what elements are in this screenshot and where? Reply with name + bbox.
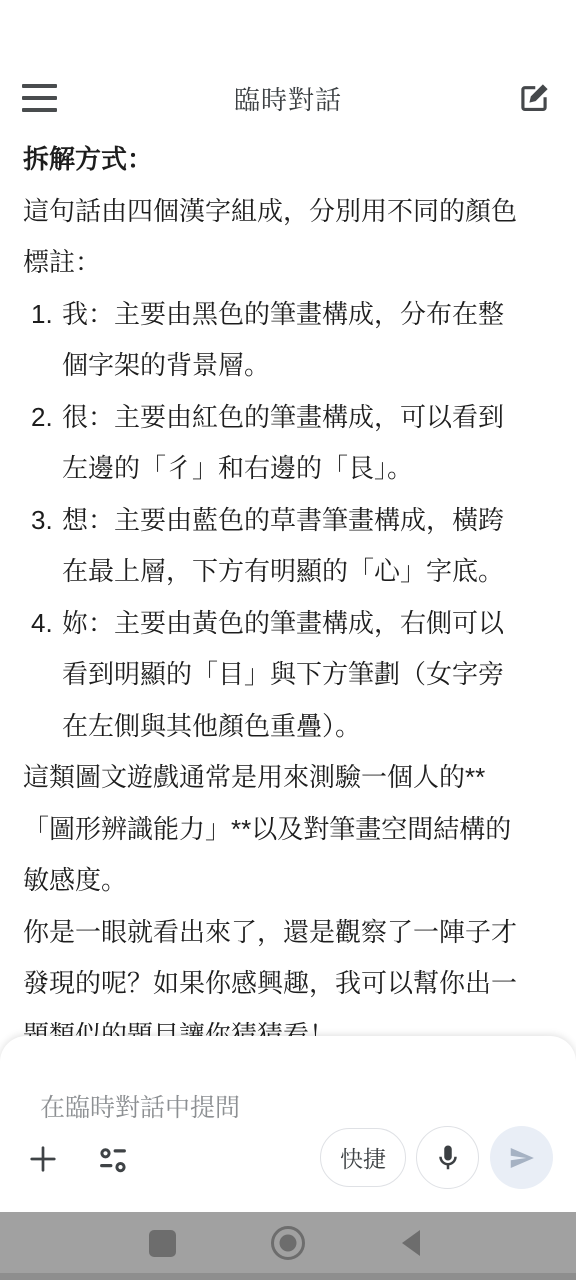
ordered-list: 1. 我：主要由黑色的筆畫構成，分布在整個字架的背景層。 2. 很：主要由紅色的…: [23, 289, 528, 753]
list-item-text: 想：主要由藍色的草書筆畫構成，橫跨在最上層，下方有明顯的「心」字底。: [62, 495, 528, 598]
new-chat-icon[interactable]: [514, 78, 554, 118]
shortcuts-button[interactable]: 快捷: [320, 1128, 406, 1187]
message-paragraph: 這類圖文遊戲通常是用來測驗一個人的**「圖形辨識能力」**以及對筆畫空間結構的敏…: [23, 752, 528, 907]
tools-icon[interactable]: [94, 1140, 132, 1178]
shortcuts-button-label: 快捷: [340, 1141, 386, 1174]
recents-icon[interactable]: [149, 1230, 176, 1257]
list-item-number: 4.: [23, 598, 62, 753]
message-intro: 這句話由四個漢字組成，分別用不同的顏色標註：: [23, 186, 528, 289]
assistant-message: 拆解方式： 這句話由四個漢字組成，分別用不同的顏色標註： 1. 我：主要由黑色的…: [23, 134, 528, 1061]
send-button[interactable]: [490, 1126, 553, 1189]
message-paragraph: 你是一眼就看出來了，還是觀察了一陣子才發現的呢？如果你感興趣，我可以幫你出一: [23, 907, 528, 1010]
list-item: 2. 很：主要由紅色的筆畫構成，可以看到左邊的「彳」和右邊的「艮」。: [23, 392, 528, 495]
list-item: 3. 想：主要由藍色的草書筆畫構成，橫跨在最上層，下方有明顯的「心」字底。: [23, 495, 528, 598]
list-item-text: 妳：主要由黃色的筆畫構成，右側可以看到明顯的「目」與下方筆劃（女字旁在左側與其他…: [62, 598, 528, 753]
prompt-composer: 快捷: [0, 1036, 576, 1212]
gemini-temporary-chat-screen: 臨時對話 拆解方式： 這句話由四個漢字組成，分別用不同的顏色標註： 1. 我：主…: [0, 0, 576, 1280]
list-item-number: 2.: [23, 392, 62, 495]
app-header: 臨時對話: [0, 70, 576, 126]
menu-icon[interactable]: [22, 80, 62, 116]
add-attachment-icon[interactable]: [24, 1140, 62, 1178]
prompt-input[interactable]: [40, 1094, 460, 1123]
message-heading: 拆解方式：: [23, 134, 528, 186]
microphone-button[interactable]: [416, 1126, 479, 1189]
page-title: 臨時對話: [0, 80, 576, 117]
list-item: 1. 我：主要由黑色的筆畫構成，分布在整個字架的背景層。: [23, 289, 528, 392]
list-item-number: 1.: [23, 289, 62, 392]
home-icon[interactable]: [271, 1226, 305, 1260]
list-item-text: 我：主要由黑色的筆畫構成，分布在整個字架的背景層。: [62, 289, 528, 392]
list-item-text: 很：主要由紅色的筆畫構成，可以看到左邊的「彳」和右邊的「艮」。: [62, 392, 528, 495]
list-item: 4. 妳：主要由黃色的筆畫構成，右側可以看到明顯的「目」與下方筆劃（女字旁在左側…: [23, 598, 528, 753]
back-icon[interactable]: [398, 1228, 424, 1258]
list-item-number: 3.: [23, 495, 62, 598]
android-nav-bar: [0, 1212, 576, 1280]
